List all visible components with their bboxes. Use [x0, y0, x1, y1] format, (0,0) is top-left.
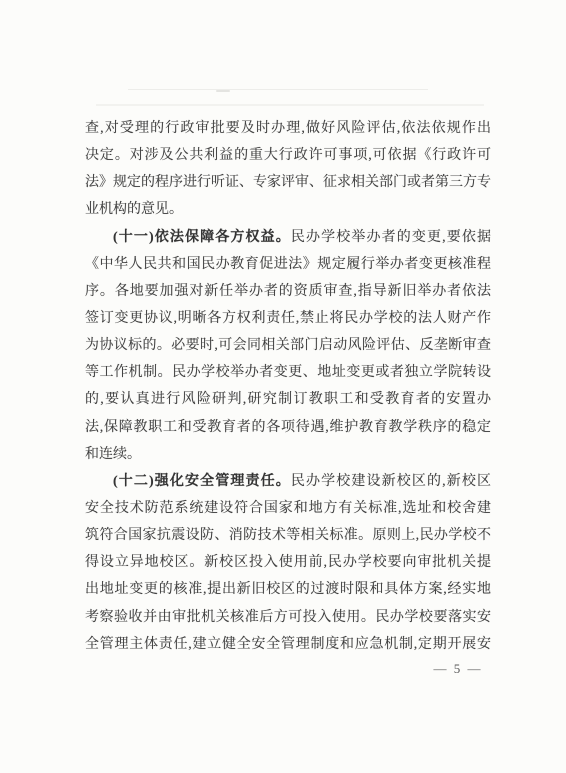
line-text: 民办学校举办者的变更,要依据 — [291, 230, 491, 245]
text-line: 得设立异地校区。新校区投入使用前,民办学校要向审批机关提 — [85, 549, 491, 576]
text-line: 安全技术防范系统建设符合国家和地方有关标准,选址和校舍建 — [85, 495, 491, 522]
text-line: 决定。对涉及公共利益的重大行政许可事项,可依据《行政许可 — [85, 142, 491, 169]
scanned-document-page: 查,对受理的行政审批要及时办理,做好风险评估,依法依规作出 决定。对涉及公共利益… — [0, 0, 566, 773]
text-line: 和连续。 — [85, 441, 491, 468]
line-text: 为协议标的。必要时,可会同相关部门启动风险评估、反垄断审查 — [85, 338, 491, 353]
text-line: 业机构的意见。 — [85, 196, 491, 223]
line-text: 的,要认真进行风险研判,研究制订教职工和受教育者的安置办 — [85, 392, 491, 407]
line-text: 法》规定的程序进行听证、专家评审、征求相关部门或者第三方专 — [85, 175, 491, 190]
line-text: 安全技术防范系统建设符合国家和地方有关标准,选址和校舍建 — [85, 501, 491, 516]
line-text: 查,对受理的行政审批要及时办理,做好风险评估,依法依规作出 — [85, 121, 491, 136]
line-text: 法,保障教职工和受教育者的各项待遇,维护教育教学秩序的稳定 — [85, 420, 491, 435]
line-text: 《中华人民共和国民办教育促进法》规定履行举办者变更核准程 — [85, 257, 491, 272]
document-body: 查,对受理的行政审批要及时办理,做好风险评估,依法依规作出 决定。对涉及公共利益… — [85, 115, 491, 658]
page-number: — 5 — — [415, 658, 501, 680]
line-text: 等工作机制。民办学校举办者变更、地址变更或者独立学院转设 — [85, 365, 491, 380]
text-line: 出地址变更的核准,提出新旧校区的过渡时限和具体方案,经实地 — [85, 576, 491, 603]
text-line: 筑符合国家抗震设防、消防技术等相关标准。原则上,民办学校不 — [85, 522, 491, 549]
text-line: 序。各地要加强对新任举办者的资质审查,指导新旧举办者依法 — [85, 278, 491, 305]
text-line: 的,要认真进行风险研判,研究制订教职工和受教育者的安置办 — [85, 386, 491, 413]
text-line: 《中华人民共和国民办教育促进法》规定履行举办者变更核准程 — [85, 251, 491, 278]
text-line: 等工作机制。民办学校举办者变更、地址变更或者独立学院转设 — [85, 359, 491, 386]
line-text: 出地址变更的核准,提出新旧校区的过渡时限和具体方案,经实地 — [85, 582, 491, 597]
section-heading-bold: (十一)依法保障各方权益。 — [113, 230, 291, 245]
text-line: 查,对受理的行政审批要及时办理,做好风险评估,依法依规作出 — [85, 115, 491, 142]
line-text: 全管理主体责任,建立健全安全管理制度和应急机制,定期开展安 — [85, 637, 491, 652]
scan-artifact-speck — [216, 90, 230, 92]
line-text: 和连续。 — [85, 447, 141, 462]
line-text: 得设立异地校区。新校区投入使用前,民办学校要向审批机关提 — [85, 555, 491, 570]
text-line-section-heading-12: (十二)强化安全管理责任。民办学校建设新校区的,新校区 — [85, 468, 491, 495]
text-line-section-heading-11: (十一)依法保障各方权益。民办学校举办者的变更,要依据 — [85, 224, 491, 251]
section-heading-bold: (十二)强化安全管理责任。 — [113, 474, 291, 489]
text-line: 全管理主体责任,建立健全安全管理制度和应急机制,定期开展安 — [85, 631, 491, 658]
text-line: 为协议标的。必要时,可会同相关部门启动风险评估、反垄断审查 — [85, 332, 491, 359]
line-text: 民办学校建设新校区的,新校区 — [291, 474, 491, 489]
line-text: 考察验收并由审批机关核准后方可投入使用。民办学校要落实安 — [85, 610, 491, 625]
text-line: 签订变更协议,明晰各方权利责任,禁止将民办学校的法人财产作 — [85, 305, 491, 332]
text-line: 法》规定的程序进行听证、专家评审、征求相关部门或者第三方专 — [85, 169, 491, 196]
line-text: 筑符合国家抗震设防、消防技术等相关标准。原则上,民办学校不 — [85, 528, 491, 543]
line-text: 签订变更协议,明晰各方权利责任,禁止将民办学校的法人财产作 — [85, 311, 491, 326]
line-text: 决定。对涉及公共利益的重大行政许可事项,可依据《行政许可 — [85, 148, 491, 163]
text-line: 法,保障教职工和受教育者的各项待遇,维护教育教学秩序的稳定 — [85, 414, 491, 441]
scan-artifact-line — [128, 89, 428, 90]
line-text: 业机构的意见。 — [85, 202, 183, 217]
line-text: 序。各地要加强对新任举办者的资质审查,指导新旧举办者依法 — [85, 284, 491, 299]
scan-artifact-line — [96, 104, 484, 106]
text-line: 考察验收并由审批机关核准后方可投入使用。民办学校要落实安 — [85, 604, 491, 631]
